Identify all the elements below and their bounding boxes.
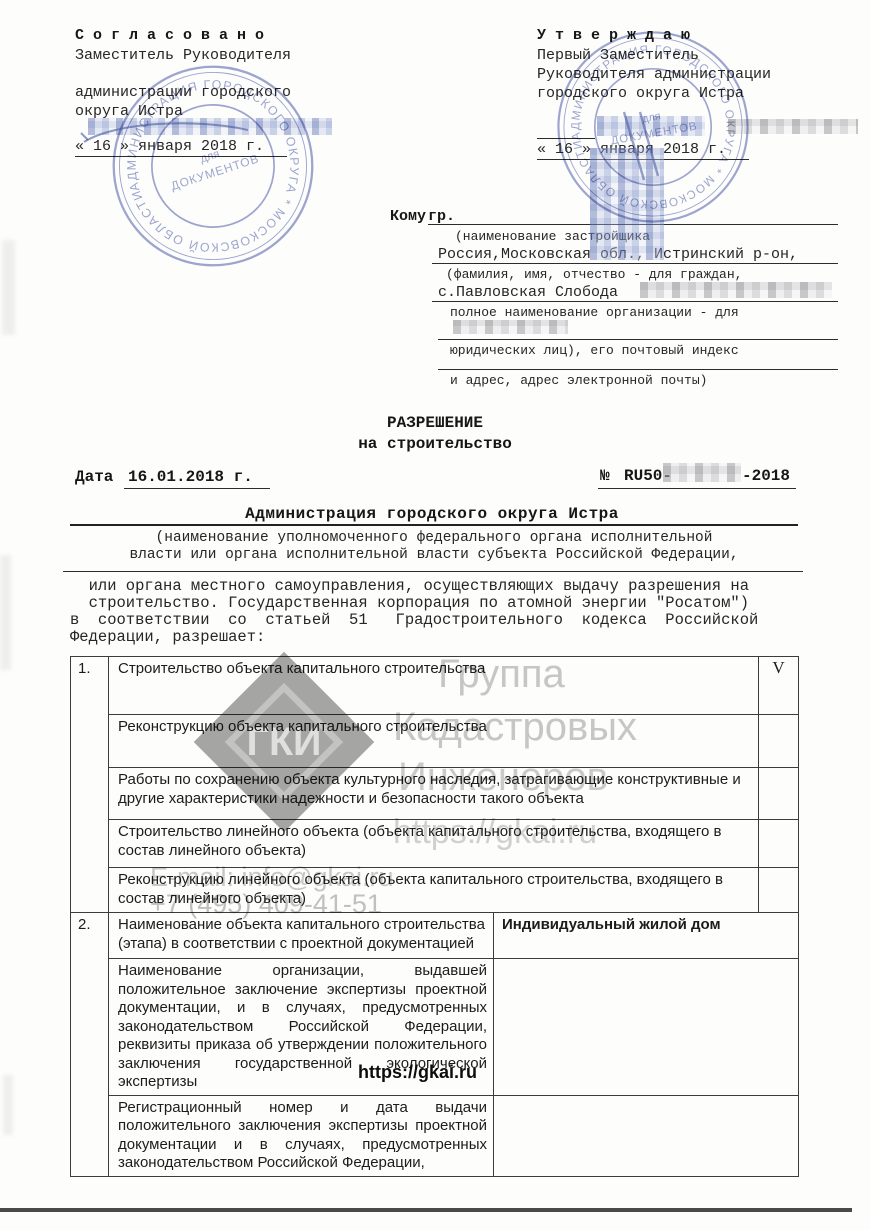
agreed-title: С о г л а с о в а н о [75,26,264,45]
hint-address: и адрес, адрес электронной почты) [450,373,707,389]
number-suffix: -2018 [742,466,790,486]
table-row: Работы по сохранению объекта культурного… [71,768,799,820]
approved-title: У т в е р ж д а ю [537,26,690,45]
svg-text:АДМИНИСТРАЦИЯ ГОРОДСКОГО ОКРУГ: АДМИНИСТРАЦИЯ ГОРОДСКОГО ОКРУГА * МОСКОВ… [81,34,325,285]
addressee-line2-rule [432,263,838,264]
redacted-stamp-area-right [590,148,664,260]
registration-number-label-cell: Регистрационный номер и дата выдачи поло… [109,1095,494,1176]
expertise-org-value-cell [494,959,799,1096]
object-name-label-cell: Наименование объекта капитального строит… [109,913,494,959]
check-mark-cell [759,768,799,820]
object-name-value-cell: Индивидуальный жилой дом [494,913,799,959]
authority-second-rule [63,571,803,572]
hint-org-name: полное наименование организации - для [450,305,739,321]
number-underline [598,488,796,489]
permit-type-cell: Реконструкцию линейного объекта (объекта… [109,868,759,913]
approved-position-line2: Руководителя администрации [537,65,771,84]
scan-smudge [2,240,15,335]
scan-smudge [0,555,11,670]
table-row: Наименование организации, выдавшей полож… [71,959,799,1096]
addressee-settlement: с.Павловская Слобода [438,283,618,302]
check-mark-cell [759,715,799,768]
agreed-date-underline [75,156,287,157]
date-label: Дата [75,467,113,487]
redacted-signature-left [88,118,332,135]
page-bottom-scan-edge [0,1208,852,1212]
stamp-center-text-2: ДОКУМЕНТОВ [169,151,261,193]
scanned-construction-permit: АДМИНИСТРАЦИЯ ГОРОДСКОГО ОКРУГА * МОСКОВ… [0,0,870,1230]
round-stamp-left: АДМИНИСТРАЦИЯ ГОРОДСКОГО ОКРУГА * МОСКОВ… [81,34,346,299]
approved-position-line1: Первый Заместитель [537,46,699,65]
number-sign: № [600,466,610,486]
authority-para-line2: строительство. Государственная корпораци… [70,595,749,612]
permit-type-cell: Реконструкцию объекта капитального строи… [109,715,759,768]
permit-type-cell: Строительство объекта капитального строи… [109,657,759,715]
date-value: 16.01.2018 г. [128,467,253,487]
authority-para-line1: или органа местного самоуправления, осущ… [70,578,749,595]
scan-smudge [3,1075,13,1135]
registration-number-value-cell [494,1095,799,1176]
table-row: 2. Наименование объекта капитального стр… [71,913,799,959]
check-mark-cell [759,820,799,868]
hint-person-name: (фамилия, имя, отчество - для граждан, [446,267,742,283]
permit-type-cell: Работы по сохранению объекта культурного… [109,768,759,820]
authority-para-line4: Федерации, разрешает: [70,629,265,646]
doc-title-line2: на строительство [235,434,635,454]
redacted-permit-number [663,463,741,482]
approved-position-line3: городского округа Истра [537,84,744,103]
table-row: Строительство линейного объекта (объекта… [71,820,799,868]
authority-name: Администрация городского округа Истра [132,504,732,524]
addressee-line4-rule [438,339,838,340]
agreed-position-line2: администрации городского [75,83,291,102]
doc-title-line1: РАЗРЕШЕНИЕ [235,413,635,433]
permit-table: 1. Строительство объекта капитального ст… [70,656,799,1177]
expertise-org-label-cell: Наименование организации, выдавшей полож… [109,959,494,1096]
stamp-ring-text: АДМИНИСТРАЦИЯ ГОРОДСКОГО ОКРУГА * МОСКОВ… [81,34,325,285]
table-row: Реконструкцию объекта капитального строи… [71,715,799,768]
round-stamp-left-graphic: АДМИНИСТРАЦИЯ ГОРОДСКОГО ОКРУГА * МОСКОВ… [81,34,346,299]
check-mark-cell [759,868,799,913]
addressee-label: Кому [390,207,426,226]
redacted-org-name [453,320,568,334]
permit-type-cell: Строительство линейного объекта (объекта… [109,820,759,868]
authority-para-line3: в соответствии со статьей 51 Градостроит… [70,612,758,629]
table-row: Регистрационный номер и дата выдачи поло… [71,1095,799,1176]
authority-hint2: власти или органа исполнительной власти … [70,546,798,565]
addressee-line5-rule [438,369,838,370]
check-mark-cell: V [759,657,799,715]
hint-legal: юридических лиц), его почтовый индекс [450,343,739,359]
date-underline [124,488,270,489]
authority-underline [70,524,798,526]
addressee-line3-rule [432,301,838,302]
table-row: Реконструкцию линейного объекта (объекта… [71,868,799,913]
section-number-2: 2. [71,913,109,1177]
section-number-1: 1. [71,657,109,913]
agreed-date: « 16 » января 2018 г. [75,137,264,156]
table-row: 1. Строительство объекта капитального ст… [71,657,799,715]
redacted-address-part [640,282,832,298]
redacted-signature-right [597,116,705,136]
approved-sign-line [537,138,595,139]
agreed-position-line1: Заместитель Руководителя [75,46,291,65]
redacted-name-right [728,119,858,134]
